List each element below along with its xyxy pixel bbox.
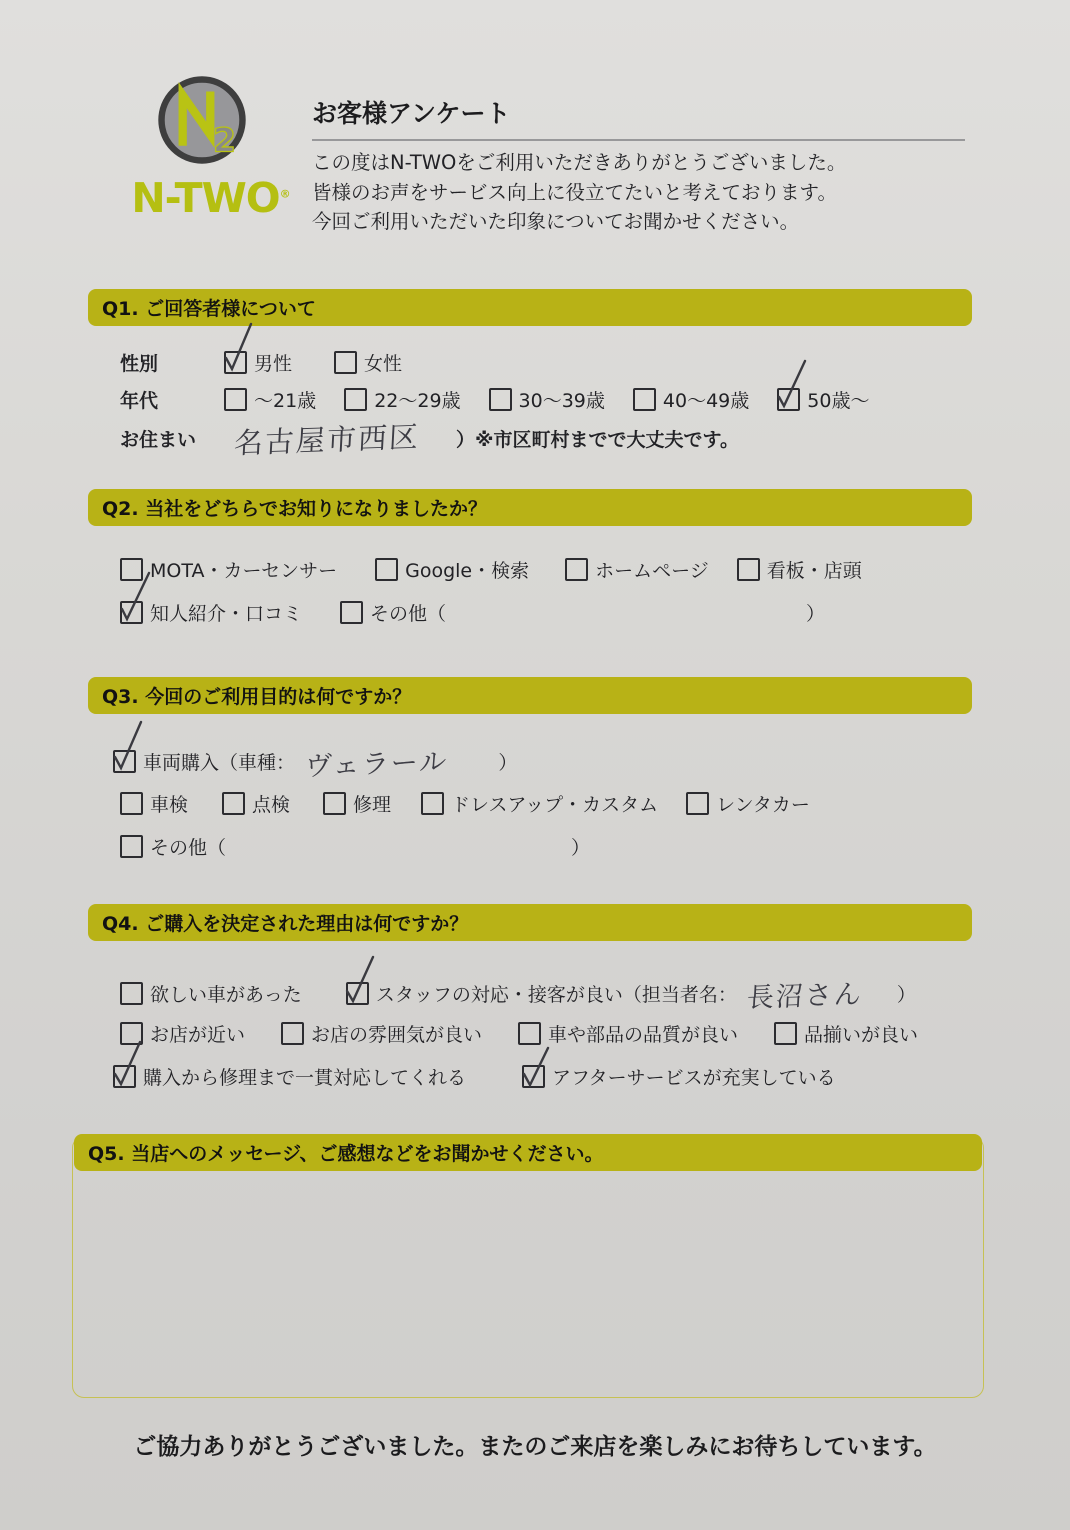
checkbox-after-service[interactable] xyxy=(522,1065,545,1088)
option-wanted-car[interactable]: 欲しい車があった xyxy=(120,980,302,1007)
checkbox-age-30-39[interactable] xyxy=(489,388,512,411)
purchase-close-paren: ） xyxy=(498,748,517,775)
option-label: その他（ xyxy=(370,599,446,626)
title-divider xyxy=(312,139,965,141)
check-mark-icon xyxy=(110,719,144,775)
option-other-q3[interactable]: その他（ xyxy=(120,833,226,860)
gender-label: 性別 xyxy=(120,349,224,376)
option-after-service[interactable]: アフターサービスが充実している xyxy=(522,1063,836,1090)
option-label: その他（ xyxy=(150,833,226,860)
option-label: Google・検索 xyxy=(405,556,529,583)
intro-text: この度はN-TWOをご利用いただきありがとうございました。 皆様のお声をサービス… xyxy=(312,148,846,237)
option-inspection[interactable]: 点検 xyxy=(222,790,290,817)
option-label: お店の雰囲気が良い xyxy=(311,1020,482,1047)
option-female[interactable]: 女性 xyxy=(334,349,402,376)
other-close-paren: ） xyxy=(806,599,825,626)
checkbox-shaken[interactable] xyxy=(120,792,143,815)
option-vehicle-purchase[interactable]: 車両購入（車種： xyxy=(113,748,295,775)
checkbox-age-under21[interactable] xyxy=(224,388,247,411)
residence-note: ）※市区町村までで大丈夫です。 xyxy=(456,425,739,452)
option-label: 点検 xyxy=(252,790,290,817)
checkbox-age-50plus[interactable] xyxy=(777,388,800,411)
option-rental-car[interactable]: レンタカー xyxy=(686,790,810,817)
option-label: スタッフの対応・接客が良い（担当者名： xyxy=(376,980,737,1007)
checkbox-signboard[interactable] xyxy=(737,558,760,581)
q5-section-header: Q5. 当店へのメッセージ、ご感想などをお聞かせください。 xyxy=(74,1134,982,1171)
check-mark-icon xyxy=(519,1034,553,1090)
staff-close-paren: ） xyxy=(897,980,916,1007)
q3-section-header: Q3. 今回のご利用目的は何ですか？ xyxy=(88,677,972,714)
footer-thanks-text: ご協力ありがとうございました。またのご来店を楽しみにお待ちしています。 xyxy=(0,1428,1070,1461)
option-other-q2[interactable]: その他（ xyxy=(340,599,446,626)
option-age-22-29[interactable]: 22～29歳 xyxy=(344,386,460,413)
option-label: ドレスアップ・カスタム xyxy=(451,790,658,817)
checkbox-google-search[interactable] xyxy=(375,558,398,581)
checkbox-vehicle-purchase[interactable] xyxy=(113,750,136,773)
option-label: 男性 xyxy=(254,349,292,376)
option-label: ～21歳 xyxy=(254,386,316,413)
check-mark-icon xyxy=(774,357,808,413)
page-title: お客様アンケート xyxy=(312,94,511,130)
q3-row-2: 車検 点検 修理 ドレスアップ・カスタム レンタカー xyxy=(120,790,810,817)
intro-line: この度はN-TWOをご利用いただきありがとうございました。 xyxy=(312,148,846,178)
option-label: 車検 xyxy=(150,790,188,817)
q4-row-3: 購入から修理まで一貫対応してくれる アフターサービスが充実している xyxy=(113,1063,836,1090)
option-google-search[interactable]: Google・検索 xyxy=(375,556,529,583)
option-label: 看板・店頭 xyxy=(767,556,862,583)
q4-section-header: Q4. ご購入を決定された理由は何ですか？ xyxy=(88,904,972,941)
option-dressup-custom[interactable]: ドレスアップ・カスタム xyxy=(421,790,658,817)
option-signboard[interactable]: 看板・店頭 xyxy=(737,556,862,583)
option-label: 22～29歳 xyxy=(374,386,460,413)
option-mota-carsensor[interactable]: MOTA・カーセンサー xyxy=(120,556,337,583)
checkbox-shop-atmosphere[interactable] xyxy=(281,1022,304,1045)
option-label: 30～39歳 xyxy=(519,386,605,413)
n-two-logo-icon: 2 xyxy=(156,74,248,170)
check-mark-icon xyxy=(343,951,377,1007)
checkbox-one-stop[interactable] xyxy=(113,1065,136,1088)
checkbox-other-q3[interactable] xyxy=(120,835,143,858)
q1-age-row: 年代 ～21歳 22～29歳 30～39歳 40～49歳 50歳～ xyxy=(120,386,869,413)
q2-row-1: MOTA・カーセンサー Google・検索 ホームページ 看板・店頭 xyxy=(120,556,862,583)
option-one-stop[interactable]: 購入から修理まで一貫対応してくれる xyxy=(113,1063,466,1090)
option-label: 50歳～ xyxy=(807,386,869,413)
q2-section-header: Q2. 当社をどちらでお知りになりましたか？ xyxy=(88,489,972,526)
age-label: 年代 xyxy=(120,386,224,413)
residence-label: お住まい xyxy=(120,425,224,452)
checkbox-other-q2[interactable] xyxy=(340,601,363,624)
checkbox-age-22-29[interactable] xyxy=(344,388,367,411)
checkbox-dressup-custom[interactable] xyxy=(421,792,444,815)
intro-line: 皆様のお声をサービス向上に役立てたいと考えております。 xyxy=(312,178,846,208)
svg-text:2: 2 xyxy=(213,120,236,159)
option-label: 40～49歳 xyxy=(663,386,749,413)
checkbox-staff-service[interactable] xyxy=(346,982,369,1005)
checkbox-female[interactable] xyxy=(334,351,357,374)
option-label: 購入から修理まで一貫対応してくれる xyxy=(143,1063,466,1090)
option-label: 修理 xyxy=(353,790,391,817)
brand-text: N-TWO xyxy=(131,174,279,222)
q1-gender-row: 性別 男性 女性 xyxy=(120,349,402,376)
option-label: 女性 xyxy=(364,349,402,376)
option-label: レンタカー xyxy=(716,790,810,817)
q3-purchase-row: 車両購入（車種： ヴェラール ） xyxy=(113,742,517,781)
q3-row-3: その他（ ） xyxy=(120,833,590,860)
check-mark-icon xyxy=(110,1034,144,1090)
q4-row-1: 欲しい車があった スタッフの対応・接客が良い（担当者名： 長沼さん ） xyxy=(120,974,916,1013)
option-lineup[interactable]: 品揃いが良い xyxy=(774,1020,918,1047)
checkbox-rental-car[interactable] xyxy=(686,792,709,815)
checkbox-age-40-49[interactable] xyxy=(633,388,656,411)
check-mark-icon xyxy=(117,570,151,626)
option-label: 車や部品の品質が良い xyxy=(548,1020,738,1047)
checkbox-wanted-car[interactable] xyxy=(120,982,143,1005)
option-shop-atmosphere[interactable]: お店の雰囲気が良い xyxy=(281,1020,482,1047)
vehicle-model-handwriting: ヴェラール xyxy=(304,739,449,783)
option-homepage[interactable]: ホームページ xyxy=(565,556,709,583)
checkbox-repair[interactable] xyxy=(323,792,346,815)
staff-name-handwriting: 長沼さん xyxy=(746,972,864,1015)
option-shaken[interactable]: 車検 xyxy=(120,790,188,817)
option-age-30-39[interactable]: 30～39歳 xyxy=(489,386,605,413)
intro-line: 今回ご利用いただいた印象についてお聞かせください。 xyxy=(312,207,846,237)
other-close-paren: ） xyxy=(571,833,590,860)
q2-row-2: 知人紹介・口コミ その他（ ） xyxy=(120,599,825,626)
option-male[interactable]: 男性 xyxy=(224,349,292,376)
q5-message-box[interactable] xyxy=(72,1136,984,1398)
option-label: MOTA・カーセンサー xyxy=(150,556,337,583)
option-referral[interactable]: 知人紹介・口コミ xyxy=(120,599,302,626)
option-label: 車両購入（車種： xyxy=(143,748,295,775)
checkbox-male[interactable] xyxy=(224,351,247,374)
option-repair[interactable]: 修理 xyxy=(323,790,391,817)
option-label: アフターサービスが充実している xyxy=(552,1063,836,1090)
option-age-50plus[interactable]: 50歳～ xyxy=(777,386,869,413)
option-label: 欲しい車があった xyxy=(150,980,302,1007)
checkbox-lineup[interactable] xyxy=(774,1022,797,1045)
checkbox-inspection[interactable] xyxy=(222,792,245,815)
check-mark-icon xyxy=(221,320,255,376)
q1-residence-row: お住まい 名古屋市西区 ）※市区町村までで大丈夫です。 xyxy=(120,418,739,459)
registered-mark: ® xyxy=(280,187,291,200)
checkbox-referral[interactable] xyxy=(120,601,143,624)
option-age-under21[interactable]: ～21歳 xyxy=(224,386,316,413)
option-label: 品揃いが良い xyxy=(804,1020,918,1047)
option-label: 知人紹介・口コミ xyxy=(150,599,302,626)
checkbox-homepage[interactable] xyxy=(565,558,588,581)
option-age-40-49[interactable]: 40～49歳 xyxy=(633,386,749,413)
option-label: ホームページ xyxy=(595,556,709,583)
survey-sheet: 2 N-TWO® お客様アンケート この度はN-TWOをご利用いただきありがとう… xyxy=(0,0,1070,1530)
residence-handwriting: 名古屋市西区 xyxy=(233,415,421,463)
option-staff-service[interactable]: スタッフの対応・接客が良い（担当者名： xyxy=(346,980,737,1007)
option-label: お店が近い xyxy=(150,1020,245,1047)
brand-wordmark: N-TWO® xyxy=(122,178,300,219)
